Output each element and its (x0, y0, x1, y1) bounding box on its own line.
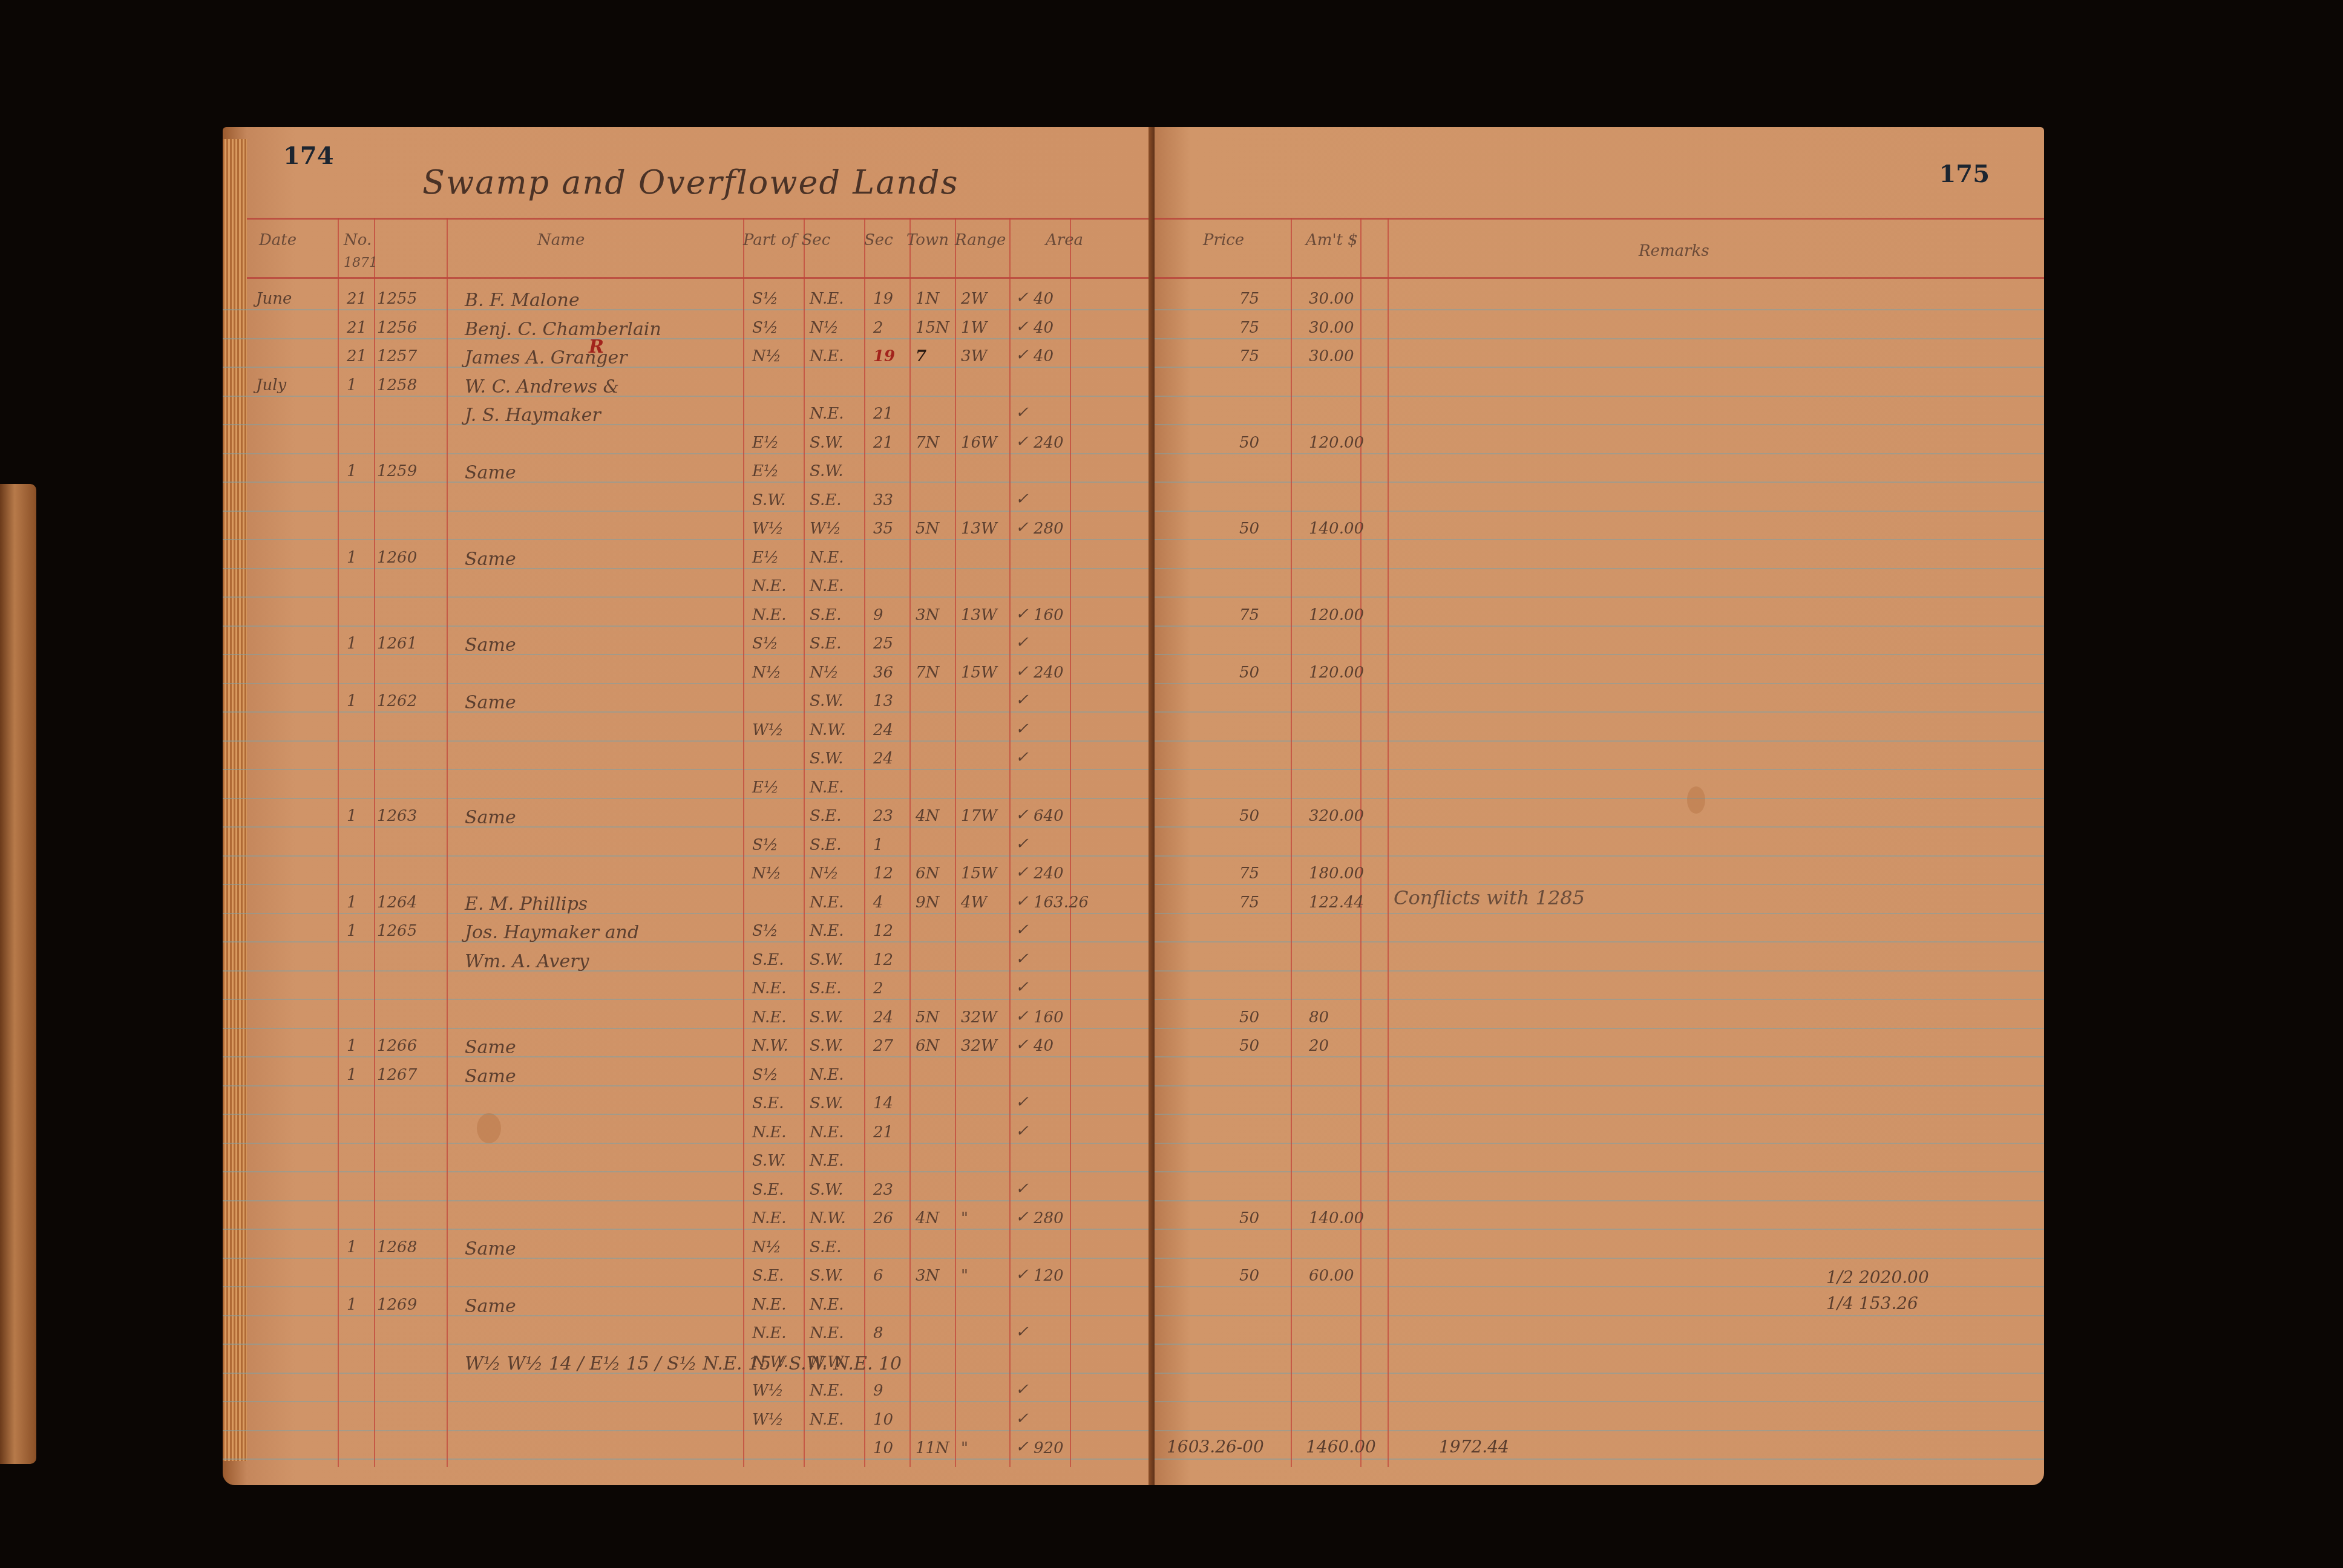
header-price: Price (1203, 231, 1244, 249)
cell-part2: S.W. (810, 951, 844, 969)
cell-range: " (961, 1267, 968, 1285)
cell-amount: 120.00 (1309, 606, 1364, 624)
cell-town: 3N (916, 606, 939, 624)
cell-no: 1264 (377, 893, 417, 912)
remark-conflicts: Conflicts with 1285 (1394, 886, 1585, 909)
cell-sec: 21 (873, 405, 893, 423)
cell-sec: 2 (873, 319, 883, 337)
cell-part2: S.W. (810, 1267, 844, 1285)
ledger-row: N.E.N.E. (223, 575, 1155, 604)
cell-part2: S.E. (810, 836, 841, 854)
cell-amount: 120.00 (1309, 434, 1364, 452)
ledger-row: S.E.S.W.14✓ (223, 1092, 1155, 1121)
cell-name: Same (465, 1238, 516, 1259)
cell-amount: 122.44 (1309, 893, 1364, 912)
cell-area: 640 (1034, 807, 1064, 825)
cell-sec: 8 (873, 1324, 883, 1342)
cell-no: 1260 (377, 549, 417, 567)
cell-part1: E½ (752, 779, 779, 797)
cell-range: 2W (961, 290, 987, 308)
check-mark-icon: ✓ (1015, 662, 1029, 681)
ledger-row: S.E.S.W.23✓ (223, 1178, 1155, 1207)
ledger-row: 11259SameE½S.W. (223, 460, 1155, 489)
cell-date: July (256, 376, 286, 394)
check-mark-icon: ✓ (1015, 346, 1029, 364)
cell-town: 15N (916, 319, 949, 337)
cell-part1: S½ (752, 1066, 778, 1084)
cell-part2: N.E. (810, 922, 844, 940)
cell-part2: S.E. (810, 979, 841, 998)
cell-part2: N.E. (810, 1066, 844, 1084)
cell-part1: N½ (752, 864, 781, 883)
ledger-row: S.W.S.E.33✓ (223, 489, 1155, 518)
cell-area: 120 (1034, 1267, 1064, 1285)
ledger-row-price: 50140.00 (1155, 517, 2044, 546)
ledger-row-price (1155, 1092, 2044, 1121)
cell-range: 15W (961, 664, 997, 682)
cell-part2: N.W. (810, 721, 846, 739)
check-mark-icon: ✓ (1015, 950, 1029, 968)
cell-area: 40 (1034, 347, 1054, 365)
ledger-row: 11261SameS½S.E.25✓ (223, 632, 1155, 661)
cell-part1: N.E. (752, 1296, 787, 1314)
check-mark-icon: ✓ (1015, 518, 1029, 537)
cell-part2: N.E. (810, 779, 844, 797)
cell-name: Same (465, 549, 516, 570)
cell-part2: N.E. (810, 1382, 844, 1400)
check-mark-icon: ✓ (1015, 318, 1029, 336)
cell-part1: S½ (752, 836, 778, 854)
right-page-number: 175 (1939, 160, 1990, 188)
cell-no: 1266 (377, 1037, 417, 1055)
cell-part2: N.E. (810, 347, 844, 365)
ledger-row-price (1155, 949, 2044, 978)
header-remarks: Remarks (1639, 242, 1709, 260)
cell-day: 1 (347, 1037, 357, 1055)
ledger-row-price: 50140.00 (1155, 1207, 2044, 1236)
cell-day: 1 (347, 376, 357, 394)
cell-sec: 1 (873, 836, 883, 854)
ledger-row-price (1155, 690, 2044, 719)
cell-price: 50 (1239, 1209, 1259, 1227)
cell-range: 3W (961, 347, 987, 365)
cell-no: 1259 (377, 462, 417, 480)
check-mark-icon: ✓ (1015, 1380, 1029, 1399)
check-mark-icon: ✓ (1015, 1036, 1029, 1054)
cell-town: 11N (916, 1439, 949, 1457)
cell-sec: 9 (873, 606, 883, 624)
cell-name: B. F. Malone (465, 290, 580, 311)
cell-sec: 24 (873, 750, 893, 768)
ledger-row: 11264E. M. PhillipsN.E.49N4W163.26✓ (223, 891, 1155, 920)
cell-part1: S½ (752, 319, 778, 337)
footer-amount-total: 1460.00 (1306, 1437, 1376, 1457)
ledger-row: N.E.S.E.93N13W160✓ (223, 604, 1155, 633)
cell-price: 50 (1239, 1267, 1259, 1285)
cell-part1: W½ (752, 721, 784, 739)
cell-part1: S½ (752, 290, 778, 308)
header-rule-top (1155, 218, 2044, 220)
ledger-row-price (1155, 489, 2044, 518)
cell-no: 1256 (377, 319, 417, 337)
ledger-row: N.E.N.E.21✓ (223, 1121, 1155, 1150)
footer-area-total: 1603.26-00 (1167, 1437, 1264, 1457)
cell-range: " (961, 1439, 968, 1457)
cell-name: Same (465, 635, 516, 656)
side-total-2: 1/4 153.26 (1826, 1293, 1918, 1313)
ledger-row: W½N.E.9✓ (223, 1379, 1155, 1408)
cell-no: 1258 (377, 376, 417, 394)
cell-price: 75 (1239, 347, 1259, 365)
ledger-row: N½N½367N15W240✓ (223, 661, 1155, 690)
ledger-row: W½N.E.10✓ (223, 1408, 1155, 1437)
cell-area: 40 (1034, 319, 1054, 337)
ledger-row: 11269SameN.E.N.E. (223, 1293, 1155, 1322)
ledger-row-price: 75180.00 (1155, 862, 2044, 891)
cell-part2: S.E. (810, 807, 841, 825)
cell-price: 75 (1239, 893, 1259, 912)
cell-range: 4W (961, 893, 987, 912)
cell-town: 7 (916, 347, 926, 365)
cell-range: 13W (961, 520, 997, 538)
cell-day: 1 (347, 635, 357, 653)
cell-part2: N.E. (810, 893, 844, 912)
cell-day: 1 (347, 1238, 357, 1256)
stain (1687, 786, 1705, 814)
ledger-row: 11262SameS.W.13✓ (223, 690, 1155, 719)
check-mark-icon: ✓ (1015, 433, 1029, 451)
ledger-row-price (1155, 402, 2044, 431)
cell-amount: 180.00 (1309, 864, 1364, 883)
cell-name: Same (465, 1296, 516, 1317)
cell-part1: S.E. (752, 1181, 784, 1199)
cell-sec: 24 (873, 1008, 893, 1027)
cell-part1: N½ (752, 664, 781, 682)
ledger-row-price: 7530.00 (1155, 316, 2044, 345)
check-mark-icon: ✓ (1015, 1122, 1029, 1140)
ledger-row-price (1155, 1178, 2044, 1207)
header-name: Name (537, 231, 585, 249)
cell-area: 40 (1034, 1037, 1054, 1055)
cell-part1: N½ (752, 347, 781, 365)
cell-part1: N.E. (752, 1324, 787, 1342)
cell-sec: 2 (873, 979, 883, 998)
cell-price: 75 (1239, 290, 1259, 308)
ledger-row: N½N½126N15W240✓ (223, 862, 1155, 891)
cell-part2: N.W. (810, 1353, 846, 1371)
ledger-row: W½ W½ 14 / E½ 15 / S½ N.E. 15 / S.W. N.E… (223, 1351, 1155, 1380)
cell-name: W. C. Andrews & (465, 376, 619, 397)
ledger-row-price (1155, 1063, 2044, 1093)
cell-part2: S.W. (810, 434, 844, 452)
cell-day: 1 (347, 1296, 357, 1314)
stain (477, 1113, 501, 1143)
cell-day: 1 (347, 807, 357, 825)
header-rule-top (247, 218, 1155, 220)
header-area: Area (1046, 231, 1083, 249)
ledger-row-price (1155, 546, 2044, 575)
cell-part1: S.E. (752, 1094, 784, 1112)
ledger-row: 211256Benj. C. ChamberlainS½N½215N1W40✓ (223, 316, 1155, 345)
ledger-row-price: 50320.00 (1155, 805, 2044, 834)
ledger-row: 1011N"920✓ (223, 1437, 1155, 1466)
cell-part1: N.E. (752, 1008, 787, 1027)
cell-part1: S½ (752, 635, 778, 653)
cell-town: 5N (916, 1008, 939, 1027)
cell-range: 1W (961, 319, 987, 337)
cell-amount: 140.00 (1309, 520, 1364, 538)
cell-part2: S.W. (810, 1037, 844, 1055)
cell-area: 280 (1034, 1209, 1064, 1227)
check-mark-icon: ✓ (1015, 1323, 1029, 1341)
cell-area: 40 (1034, 290, 1054, 308)
check-mark-icon: ✓ (1015, 691, 1029, 709)
ledger-row: E½S.W.217N16W240✓ (223, 431, 1155, 460)
cell-name: J. S. Haymaker (465, 405, 601, 426)
cell-part1: N.W. (752, 1353, 788, 1371)
cell-range: 17W (961, 807, 997, 825)
cell-name: Same (465, 462, 516, 483)
cell-amount: 140.00 (1309, 1209, 1364, 1227)
cell-amount: 30.00 (1309, 347, 1354, 365)
cell-part2: S.E. (810, 606, 841, 624)
cell-price: 50 (1239, 1037, 1259, 1055)
ledger-row-price (1155, 776, 2044, 805)
ledger-row-price (1155, 977, 2044, 1006)
cell-name: Same (465, 692, 516, 713)
ledger-row-price: 5080 (1155, 1006, 2044, 1035)
cell-no: 1267 (377, 1066, 417, 1084)
cell-part2: N.W. (810, 1209, 846, 1227)
cell-amount: 320.00 (1309, 807, 1364, 825)
cell-sec: 19 (873, 290, 893, 308)
cell-sec: 21 (873, 434, 893, 452)
cell-part1: N.E. (752, 1209, 787, 1227)
cell-price: 50 (1239, 807, 1259, 825)
ledger-row-price (1155, 632, 2044, 661)
cell-sec: 12 (873, 922, 893, 940)
ledger-row-price: 50120.00 (1155, 661, 2044, 690)
ledger-row-price: 7530.00 (1155, 287, 2044, 316)
cell-town: 3N (916, 1267, 939, 1285)
cell-no: 1255 (377, 290, 417, 308)
check-mark-icon: ✓ (1015, 720, 1029, 738)
check-mark-icon: ✓ (1015, 748, 1029, 766)
cell-sec: 4 (873, 893, 883, 912)
cell-part1: N.E. (752, 606, 787, 624)
ledger-row: S.W.N.E. (223, 1149, 1155, 1178)
cell-sec: 21 (873, 1123, 893, 1142)
cell-part1: S½ (752, 922, 778, 940)
ledger-row: 11260SameE½N.E. (223, 546, 1155, 575)
ledger-row-price (1155, 920, 2044, 949)
cell-day: 21 (347, 290, 367, 308)
cell-part2: S.E. (810, 635, 841, 653)
cell-town: 9N (916, 893, 939, 912)
cell-price: 75 (1239, 864, 1259, 883)
ledger-row: J. S. HaymakerN.E.21✓ (223, 402, 1155, 431)
ledger-row: S.E.S.W.63N"120✓ (223, 1264, 1155, 1293)
ledger-row-price (1155, 460, 2044, 489)
cell-no: 1257 (377, 347, 417, 365)
cell-part1: S.W. (752, 491, 786, 509)
cell-name: Same (465, 807, 516, 828)
cell-part2: S.E. (810, 1238, 841, 1256)
cell-sec: 25 (873, 635, 893, 653)
left-page: 174 Swamp and Overflowed Lands Date No. … (223, 127, 1155, 1485)
ledger-row-price: 75122.44 (1155, 891, 2044, 920)
cell-range: 32W (961, 1008, 997, 1027)
cell-name: Benj. C. Chamberlain (465, 319, 661, 340)
header-year: 1871 (344, 255, 378, 270)
check-mark-icon: ✓ (1015, 1438, 1029, 1456)
cell-name: Jos. Haymaker and (465, 922, 639, 943)
cell-part1: S.W. (752, 1152, 786, 1170)
ledger-row: 11266SameN.W.S.W.276N32W40✓ (223, 1034, 1155, 1063)
cell-town: 4N (916, 807, 939, 825)
cell-area: 160 (1034, 1008, 1064, 1027)
cell-amount: 30.00 (1309, 319, 1354, 337)
cell-part2: N.E. (810, 405, 844, 423)
check-mark-icon: ✓ (1015, 863, 1029, 881)
check-mark-icon: ✓ (1015, 978, 1029, 996)
cell-name: Same (465, 1037, 516, 1058)
cell-range: " (961, 1209, 968, 1227)
ledger-row: N.E.N.E.8✓ (223, 1322, 1155, 1351)
cell-no: 1268 (377, 1238, 417, 1256)
header-amount: Am't $ (1306, 231, 1358, 249)
ledger-row-price (1155, 575, 2044, 604)
ledger-row-price: 5020 (1155, 1034, 2044, 1063)
header-town: Town (906, 231, 949, 249)
cell-amount: 30.00 (1309, 290, 1354, 308)
ledger-row-price (1155, 1121, 2044, 1150)
cell-day: 1 (347, 1066, 357, 1084)
ledger-row: 211257James A. GrangerN½N.E.1973W40✓ (223, 345, 1155, 374)
cell-price: 50 (1239, 520, 1259, 538)
cell-part2: N.E. (810, 1152, 844, 1170)
cell-town: 1N (916, 290, 939, 308)
check-mark-icon: ✓ (1015, 892, 1029, 910)
right-page: 175 Price Am't $ Remarks 7530.007530.007… (1155, 127, 2044, 1485)
check-mark-icon: ✓ (1015, 1180, 1029, 1198)
cell-sec: 26 (873, 1209, 893, 1227)
cell-part2: S.W. (810, 750, 844, 768)
cell-town: 7N (916, 664, 939, 682)
cell-no: 1269 (377, 1296, 417, 1314)
cell-sec: 10 (873, 1439, 893, 1457)
cell-sec: 10 (873, 1411, 893, 1429)
cell-area: 240 (1034, 864, 1064, 883)
ledger-row: 11267SameS½N.E. (223, 1063, 1155, 1093)
cell-sec: 12 (873, 864, 893, 883)
cell-amount: 20 (1309, 1037, 1329, 1055)
cell-part2: N½ (810, 664, 839, 682)
cell-day: 1 (347, 462, 357, 480)
check-mark-icon: ✓ (1015, 1410, 1029, 1428)
ledger-row: 11268SameN½S.E. (223, 1236, 1155, 1265)
cell-day: 1 (347, 549, 357, 567)
cell-part2: N.E. (810, 1324, 844, 1342)
check-mark-icon: ✓ (1015, 605, 1029, 623)
ledger-row: E½N.E. (223, 776, 1155, 805)
cell-sec: 33 (873, 491, 893, 509)
cell-town: 5N (916, 520, 939, 538)
ledger-row: 11263SameS.E.234N17W640✓ (223, 805, 1155, 834)
check-mark-icon: ✓ (1015, 835, 1029, 853)
ledger-row-price: 7530.00 (1155, 345, 2044, 374)
cell-part1: S.E. (752, 951, 784, 969)
cell-day: 1 (347, 893, 357, 912)
adjacent-volume-edge (0, 484, 36, 1464)
cell-part2: N.E. (810, 1296, 844, 1314)
check-mark-icon: ✓ (1015, 490, 1029, 508)
cell-part2: N½ (810, 319, 839, 337)
header-range: Range (955, 231, 1006, 249)
check-mark-icon: ✓ (1015, 806, 1029, 824)
ledger-row-price (1155, 834, 2044, 863)
cell-sec: 36 (873, 664, 893, 682)
cell-no: 1265 (377, 922, 417, 940)
cell-name: E. M. Phillips (465, 893, 588, 915)
ledger-row: W½W½355N13W280✓ (223, 517, 1155, 546)
left-page-number: 174 (283, 142, 334, 170)
cell-area: 240 (1034, 434, 1064, 452)
cell-day: 1 (347, 922, 357, 940)
header-rule-bottom (247, 277, 1155, 279)
cell-part2: N.E. (810, 577, 844, 595)
cell-town: 6N (916, 1037, 939, 1055)
cell-part1: W½ (752, 520, 784, 538)
cell-no: 1263 (377, 807, 417, 825)
open-ledger-book: 174 Swamp and Overflowed Lands Date No. … (223, 127, 2044, 1485)
cell-sec: 27 (873, 1037, 893, 1055)
red-annotation-mark: R (589, 336, 604, 358)
cell-sec: 23 (873, 1181, 893, 1199)
cell-part2: S.W. (810, 462, 844, 480)
cell-part1: S.E. (752, 1267, 784, 1285)
cell-part2: S.W. (810, 1094, 844, 1112)
cell-sec: 24 (873, 721, 893, 739)
ledger-row-price (1155, 719, 2044, 748)
ledger-row: S.W.24✓ (223, 747, 1155, 776)
cell-day: 21 (347, 347, 367, 365)
cell-day: 21 (347, 319, 367, 337)
ledger-row-price: 75120.00 (1155, 604, 2044, 633)
cell-part2: W½ (810, 520, 841, 538)
cell-town: 4N (916, 1209, 939, 1227)
ledger-row-price (1155, 1351, 2044, 1380)
cell-sec: 12 (873, 951, 893, 969)
cell-range: 15W (961, 864, 997, 883)
cell-part2: S.W. (810, 692, 844, 710)
ledger-title: Swamp and Overflowed Lands (422, 163, 958, 201)
cell-part1: N.E. (752, 577, 787, 595)
cell-area: 160 (1034, 606, 1064, 624)
check-mark-icon: ✓ (1015, 1007, 1029, 1025)
cell-part1: N½ (752, 1238, 781, 1256)
cell-area: 920 (1034, 1439, 1064, 1457)
cell-price: 50 (1239, 664, 1259, 682)
header-sec: Sec (864, 231, 893, 249)
cell-price: 75 (1239, 319, 1259, 337)
ledger-row-price (1155, 1379, 2044, 1408)
ledger-row-price: 50120.00 (1155, 431, 2044, 460)
ledger-row-price (1155, 1236, 2044, 1265)
check-mark-icon: ✓ (1015, 1266, 1029, 1284)
cell-name: Wm. A. Avery (465, 951, 589, 972)
ledger-row-price (1155, 1408, 2044, 1437)
